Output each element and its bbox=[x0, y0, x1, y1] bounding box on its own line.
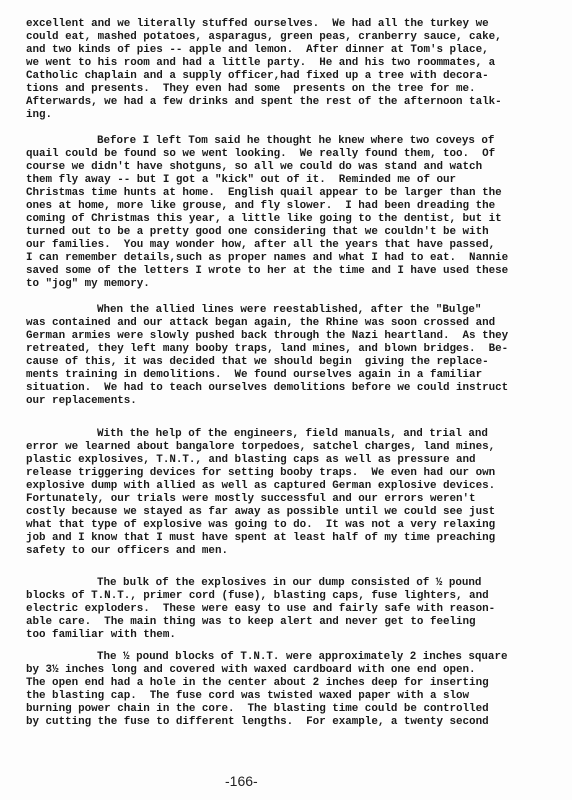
text-line: I can remember details,such as proper na… bbox=[26, 252, 508, 265]
text-line: costly because we stayed as far away as … bbox=[26, 506, 495, 519]
text-line: safety to our officers and men. bbox=[26, 545, 228, 558]
text-line: to "jog" my memory. bbox=[26, 278, 150, 291]
document-page: excellent and we literally stuffed ourse… bbox=[0, 0, 572, 800]
text-line: course we didn't have shotguns, so all w… bbox=[26, 161, 482, 174]
text-line: job and I know that I must have spent at… bbox=[26, 532, 495, 545]
text-line: plastic explosives, T.N.T., and blasting… bbox=[26, 454, 476, 467]
text-line: retreated, they left many booby traps, l… bbox=[26, 343, 508, 356]
text-line: ing. bbox=[26, 109, 52, 122]
text-line: by cutting the fuse to different lengths… bbox=[26, 716, 489, 729]
text-line: the blasting cap. The fuse cord was twis… bbox=[26, 690, 469, 703]
text-line: quail could be found so we went looking.… bbox=[26, 148, 495, 161]
text-line: situation. We had to teach ourselves dem… bbox=[26, 382, 508, 395]
text-line: With the help of the engineers, field ma… bbox=[97, 428, 488, 441]
text-line: German armies were slowly pushed back th… bbox=[26, 330, 508, 343]
text-line: cause of this, it was decided that we sh… bbox=[26, 356, 489, 369]
text-line: what that type of explosive was going to… bbox=[26, 519, 495, 532]
text-line: by 3½ inches long and covered with waxed… bbox=[26, 664, 476, 677]
text-line: turned out to be a pretty good one consi… bbox=[26, 226, 489, 239]
text-line: blocks of T.N.T., primer cord (fuse), bl… bbox=[26, 590, 489, 603]
text-line: excellent and we literally stuffed ourse… bbox=[26, 18, 489, 31]
text-line: Christmas time hunts at home. English qu… bbox=[26, 187, 502, 200]
text-line: could eat, mashed potatoes, asparagus, g… bbox=[26, 31, 502, 44]
text-line: The bulk of the explosives in our dump c… bbox=[97, 577, 481, 590]
text-line: them fly away -- but I got a "kick" out … bbox=[26, 174, 456, 187]
text-line: saved some of the letters I wrote to her… bbox=[26, 265, 508, 278]
text-line: Afterwards, we had a few drinks and spen… bbox=[26, 96, 502, 109]
text-line: too familiar with them. bbox=[26, 629, 176, 642]
text-line: coming of Christmas this year, a little … bbox=[26, 213, 502, 226]
text-line: error we learned about bangalore torpedo… bbox=[26, 441, 495, 454]
text-line: ones at home, more like grouse, and fly … bbox=[26, 200, 495, 213]
text-line: The ½ pound blocks of T.N.T. were approx… bbox=[97, 651, 507, 664]
text-line: When the allied lines were reestablished… bbox=[97, 304, 481, 317]
text-line: ments training in demolitions. We found … bbox=[26, 369, 482, 382]
text-line: Fortunately, our trials were mostly succ… bbox=[26, 493, 476, 506]
text-line: Before I left Tom said he thought he kne… bbox=[97, 135, 494, 148]
text-line: we went to his room and had a little par… bbox=[26, 57, 495, 70]
text-line: was contained and our attack began again… bbox=[26, 317, 495, 330]
text-line: release triggering devices for setting b… bbox=[26, 467, 495, 480]
text-line: able care. The main thing was to keep al… bbox=[26, 616, 476, 629]
text-line: burning power chain in the core. The bla… bbox=[26, 703, 489, 716]
text-line: our families. You may wonder how, after … bbox=[26, 239, 495, 252]
text-line: explosive dump with allied as well as ca… bbox=[26, 480, 495, 493]
page-number: -166- bbox=[225, 773, 258, 789]
text-line: The open end had a hole in the center ab… bbox=[26, 677, 489, 690]
text-line: Catholic chaplain and a supply officer,h… bbox=[26, 70, 489, 83]
text-line: tions and presents. They even had some p… bbox=[26, 83, 476, 96]
text-line: electric exploders. These were easy to u… bbox=[26, 603, 495, 616]
text-line: and two kinds of pies -- apple and lemon… bbox=[26, 44, 489, 57]
text-line: our replacements. bbox=[26, 395, 137, 408]
